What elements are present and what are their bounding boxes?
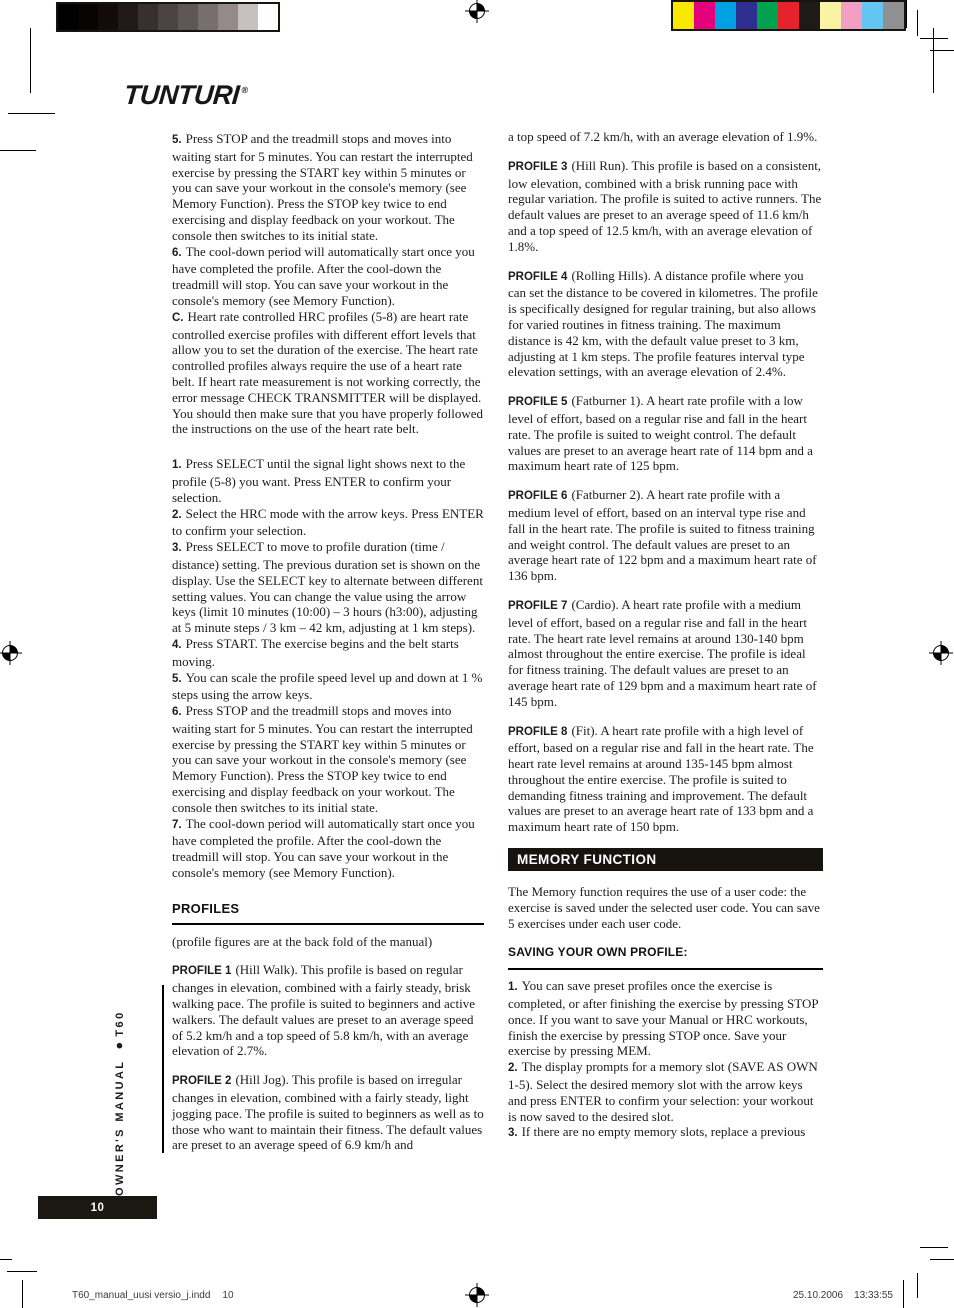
item-marker: 3. [172, 542, 182, 554]
paragraph: 6.The cool-down period will automaticall… [172, 244, 484, 309]
paragraph-text: a top speed of 7.2 km/h, with an average… [508, 129, 817, 144]
item-marker: 5. [172, 673, 182, 685]
footer-timestamp: 25.10.200613:33:55 [720, 1290, 893, 1301]
left-column: 5.Press STOP and the treadmill stops and… [172, 131, 484, 1153]
paragraph-text: (Rolling Hills). A distance profile wher… [508, 268, 818, 380]
calibration-swatch [715, 2, 736, 29]
item-marker: 1. [172, 459, 182, 471]
crop-mark [917, 10, 918, 36]
calibration-swatch [178, 4, 198, 30]
memory-function-heading: MEMORY FUNCTION [508, 848, 823, 871]
paragraph-text: You can scale the profile speed level up… [172, 670, 482, 703]
calibration-swatch [862, 2, 883, 29]
calibration-swatch [238, 4, 258, 30]
calibration-swatch [118, 4, 138, 30]
footer-time-text: 13:33:55 [854, 1290, 893, 1301]
paragraph: 3.Press SELECT to move to profile durati… [172, 539, 484, 636]
sidebar-model: T60 [114, 1010, 126, 1036]
calibration-swatch [158, 4, 178, 30]
profile-label: PROFILE 7 [508, 600, 567, 612]
profile-paragraph: PROFILE 7(Cardio). A heart rate profile … [508, 597, 823, 710]
calibration-swatch [78, 4, 98, 30]
profile-paragraph: PROFILE 5(Fatburner 1). A heart rate pro… [508, 393, 823, 474]
profile-label: PROFILE 1 [172, 965, 231, 977]
paragraph: 3.If there are no empty memory slots, re… [508, 1124, 823, 1142]
paragraph-text: The cool-down period will automatically … [172, 816, 475, 880]
item-marker: 2. [172, 509, 182, 521]
crop-mark [7, 1271, 37, 1272]
crop-mark [906, 0, 907, 28]
crop-mark [920, 1247, 948, 1248]
paragraph-text: Press SELECT to move to profile duration… [172, 539, 483, 635]
memory-paragraph: The Memory function requires the use of … [508, 884, 823, 931]
color-calibration-bar [671, 0, 906, 31]
paragraph-text: Press STOP and the treadmill stops and m… [172, 703, 473, 815]
paragraph-text: The display prompts for a memory slot (S… [508, 1059, 818, 1123]
paragraph-text: Select the HRC mode with the arrow keys.… [172, 506, 484, 539]
crop-mark [930, 1259, 954, 1260]
sidebar-label: OWNER'S MANUAL [114, 1060, 126, 1196]
calibration-swatch [757, 2, 778, 29]
calibration-swatch [58, 4, 78, 30]
paragraph-text: Press START. The exercise begins and the… [172, 636, 459, 669]
item-marker: 4. [172, 639, 182, 651]
paragraph-text: The Memory function requires the use of … [508, 884, 820, 931]
registration-mark-icon [928, 640, 954, 666]
paragraph-text: You can save preset profiles once the ex… [508, 978, 818, 1058]
item-marker: 2. [508, 1062, 518, 1074]
paragraph-text: The cool-down period will automatically … [172, 244, 475, 308]
brand-logo: TUNTURI® [123, 80, 249, 111]
calibration-swatch [694, 2, 715, 29]
crop-mark [22, 1280, 23, 1308]
crop-mark [0, 150, 36, 151]
paragraph: 2.The display prompts for a memory slot … [508, 1059, 823, 1124]
paragraph-text: (Cardio). A heart rate profile with a me… [508, 597, 817, 709]
calibration-swatch [736, 2, 757, 29]
right-column: a top speed of 7.2 km/h, with an average… [508, 129, 823, 1142]
crop-mark [30, 28, 31, 93]
crop-mark [0, 1259, 12, 1260]
profile-paragraph: PROFILE 8(Fit). A heart rate profile wit… [508, 723, 823, 836]
paragraph-text: If there are no empty memory slots, repl… [522, 1124, 806, 1139]
crop-mark [920, 38, 948, 39]
item-marker: 6. [172, 706, 182, 718]
crop-mark [8, 113, 55, 114]
item-marker: 3. [508, 1127, 518, 1139]
profiles-heading: PROFILES [172, 901, 484, 925]
profile-paragraph: PROFILE 1(Hill Walk). This profile is ba… [172, 962, 484, 1059]
profile-label: PROFILE 8 [508, 726, 567, 738]
calibration-swatch [883, 2, 904, 29]
paragraph: 5.You can scale the profile speed level … [172, 670, 484, 704]
paragraph-text: (Fit). A heart rate profile with a high … [508, 723, 814, 835]
brand-name: TUNTURI [123, 80, 241, 110]
crop-mark [930, 50, 954, 51]
paragraph: 7.The cool-down period will automaticall… [172, 816, 484, 881]
page-number-badge: 10 [38, 1196, 157, 1219]
footer-date-text: 25.10.2006 [793, 1290, 843, 1301]
footer-page-text: 10 [222, 1290, 233, 1301]
item-marker: 5. [172, 134, 182, 146]
calibration-swatch [218, 4, 238, 30]
calibration-swatch [258, 4, 278, 30]
item-marker: C. [172, 312, 184, 324]
sidebar-vertical-label: OWNER'S MANUAL●T60 [112, 984, 127, 1196]
paragraph: 4.Press START. The exercise begins and t… [172, 636, 484, 670]
registered-trademark-symbol: ® [241, 85, 249, 95]
item-marker: 7. [172, 819, 182, 831]
profiles-note: (profile figures are at the back fold of… [172, 934, 484, 950]
paragraph: 6.Press STOP and the treadmill stops and… [172, 703, 484, 816]
profile-paragraph: PROFILE 4(Rolling Hills). A distance pro… [508, 268, 823, 381]
calibration-swatch [820, 2, 841, 29]
calibration-swatch [98, 4, 118, 30]
profile-label: PROFILE 2 [172, 1075, 231, 1087]
crop-mark [903, 1280, 904, 1308]
calibration-swatch [198, 4, 218, 30]
calibration-swatch [673, 2, 694, 29]
footer-filename: T60_manual_uusi versio_j.indd10 [72, 1290, 234, 1301]
profile-label: PROFILE 5 [508, 396, 567, 408]
calibration-swatch [799, 2, 820, 29]
profile-label: PROFILE 4 [508, 271, 567, 283]
grayscale-calibration-bar [56, 2, 280, 32]
calibration-swatch [778, 2, 799, 29]
paragraph-text: Heart rate controlled HRC profiles (5-8)… [172, 309, 483, 437]
calibration-swatch [138, 4, 158, 30]
manual-page: TUNTURI® 5.Press STOP and the treadmill … [0, 0, 954, 1308]
item-marker: 1. [508, 981, 518, 993]
crop-mark [917, 1273, 918, 1298]
item-marker: 6. [172, 247, 182, 259]
saving-profile-heading: SAVING YOUR OWN PROFILE: [508, 945, 823, 970]
bullet-icon: ● [112, 1039, 127, 1054]
paragraph: 2.Select the HRC mode with the arrow key… [172, 506, 484, 540]
profile-label: PROFILE 6 [508, 490, 567, 502]
profile-paragraph: PROFILE 6(Fatburner 2). A heart rate pro… [508, 487, 823, 584]
paragraph: 1.You can save preset profiles once the … [508, 978, 823, 1059]
profile-paragraph: PROFILE 2(Hill Jog). This profile is bas… [172, 1072, 484, 1153]
profile-label: PROFILE 3 [508, 161, 567, 173]
sidebar-rule [162, 985, 164, 1153]
paragraph: 1.Press SELECT until the signal light sh… [172, 456, 484, 505]
paragraph: C.Heart rate controlled HRC profiles (5-… [172, 309, 484, 437]
registration-mark-icon [464, 1282, 490, 1308]
paragraph: 5.Press STOP and the treadmill stops and… [172, 131, 484, 244]
registration-mark-icon [0, 640, 23, 666]
paragraph-text: Press STOP and the treadmill stops and m… [172, 131, 473, 243]
paragraph-text: Press SELECT until the signal light show… [172, 456, 465, 505]
profile-paragraph: PROFILE 3(Hill Run). This profile is bas… [508, 158, 823, 255]
calibration-swatch [841, 2, 862, 29]
footer-file-text: T60_manual_uusi versio_j.indd [72, 1290, 210, 1301]
registration-mark-icon [464, 0, 490, 24]
paragraph: a top speed of 7.2 km/h, with an average… [508, 129, 823, 145]
